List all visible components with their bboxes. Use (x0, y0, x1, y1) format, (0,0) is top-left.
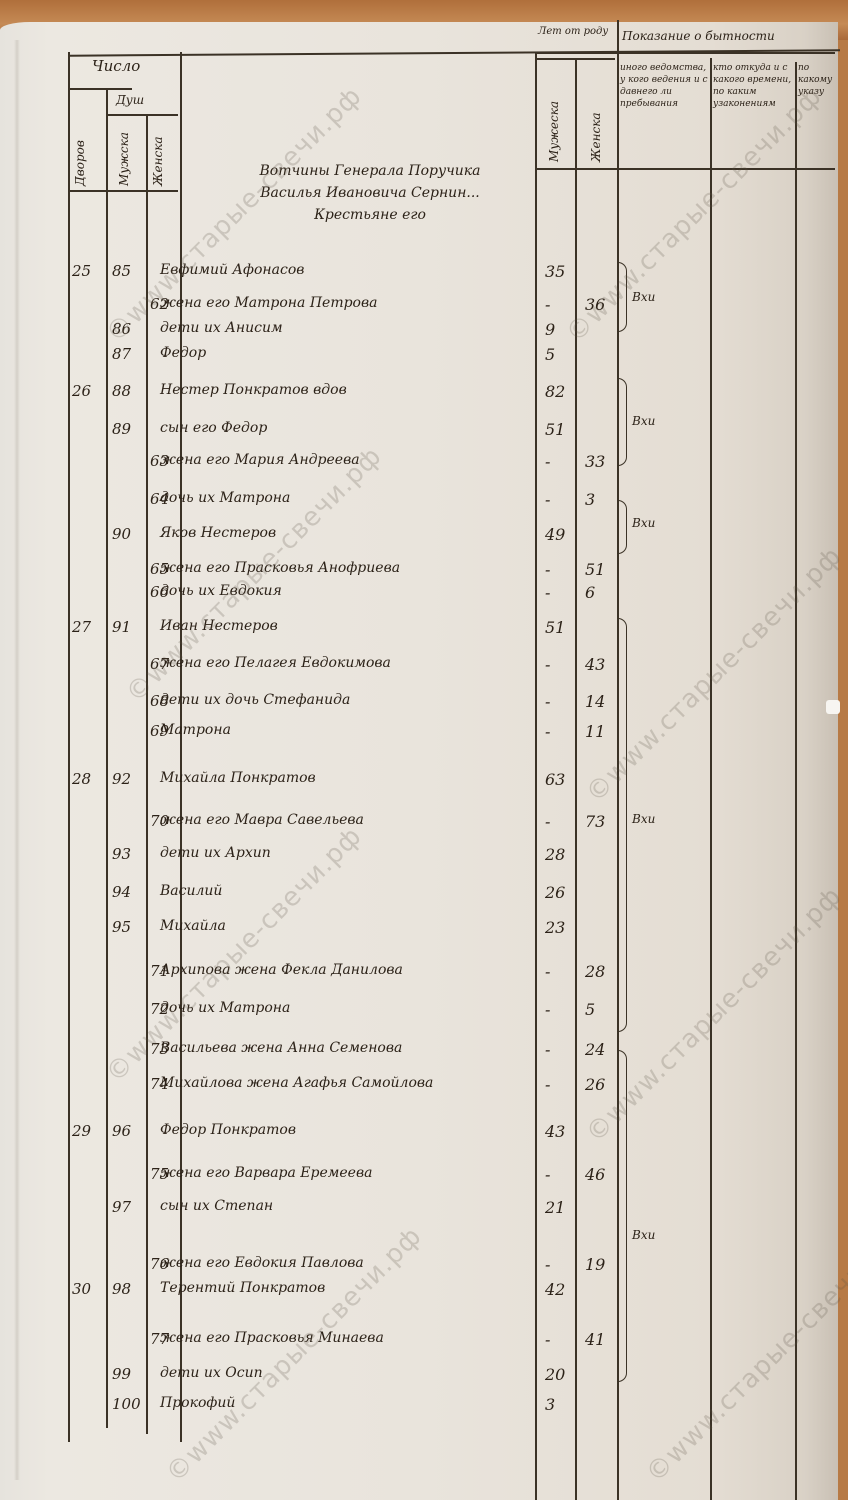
age-male: - (545, 1330, 550, 1349)
brace-note: Вхи (632, 290, 655, 304)
age-male: - (545, 490, 550, 509)
right-header-top (535, 52, 835, 54)
brace-note: Вхи (632, 812, 655, 826)
age-male: 5 (545, 345, 555, 364)
age-male: 51 (545, 618, 565, 637)
male-number: 90 (112, 525, 131, 543)
age-male: 49 (545, 525, 565, 544)
section-title: Вотчины Генерала Поручика Василья Иванов… (190, 160, 550, 226)
header-souls: Душ (116, 94, 144, 107)
yard-number: 26 (72, 382, 91, 400)
document-page (0, 22, 838, 1500)
age-female: 46 (585, 1165, 605, 1184)
col-border-notes3 (795, 62, 797, 1500)
person-name: дети их Архип (160, 845, 271, 861)
age-male: 9 (545, 320, 555, 339)
section-title-line: Вотчины Генерала Поручика (190, 160, 550, 182)
age-male: - (545, 583, 550, 602)
age-male: 26 (545, 883, 565, 902)
page-fold-shadow (14, 40, 20, 1480)
age-male: - (545, 1255, 550, 1274)
age-female: 33 (585, 452, 605, 471)
header-number: Число (92, 60, 140, 73)
person-name: дочь их Евдокия (160, 583, 282, 599)
col-border-male (106, 88, 108, 1428)
header-age-male: Мужеска (548, 66, 561, 162)
male-number: 89 (112, 420, 131, 438)
souls-group-divider (108, 114, 178, 116)
person-name: жена его Мавра Савельева (160, 812, 364, 828)
age-female: 41 (585, 1330, 605, 1349)
age-male: 20 (545, 1365, 565, 1384)
age-male: - (545, 962, 550, 981)
header-female: Женска (152, 118, 165, 186)
section-title-line: Крестьяне его (190, 204, 550, 226)
age-female: 6 (585, 583, 595, 602)
person-name: дети их Анисим (160, 320, 283, 336)
header-age: Лет от роду (538, 26, 618, 37)
age-female: 26 (585, 1075, 605, 1094)
left-header-bottom (68, 190, 178, 192)
age-male: - (545, 812, 550, 831)
person-name: дочь их Матрона (160, 1000, 290, 1016)
male-number: 86 (112, 320, 131, 338)
person-name: Прокофий (160, 1395, 235, 1411)
age-male: 23 (545, 918, 565, 937)
person-name: Михайла (160, 918, 226, 934)
male-number: 91 (112, 618, 131, 636)
person-name: жена его Прасковья Минаева (160, 1330, 384, 1346)
section-title-line: Василья Ивановича Сернин... (190, 182, 550, 204)
age-male: 35 (545, 262, 565, 281)
male-number: 94 (112, 883, 131, 901)
age-male: - (545, 1165, 550, 1184)
right-header-bottom (535, 168, 835, 170)
age-male: - (545, 1040, 550, 1059)
person-name: Михайла Понкратов (160, 770, 316, 786)
person-name: Василий (160, 883, 222, 899)
age-female: 28 (585, 962, 605, 981)
male-number: 99 (112, 1365, 131, 1383)
header-yards: Дворов (74, 96, 87, 186)
age-male: - (545, 452, 550, 471)
yard-number: 29 (72, 1122, 91, 1140)
header-notes-col1: иного ведомства, у кого ведения и с давн… (620, 62, 708, 110)
yard-number: 28 (72, 770, 91, 788)
family-brace (618, 1050, 627, 1382)
yard-number: 25 (72, 262, 91, 280)
person-name: жена его Евдокия Павлова (160, 1255, 364, 1271)
age-female: 5 (585, 1000, 595, 1019)
person-name: Матрона (160, 722, 231, 738)
col-border-age-male (535, 52, 537, 1500)
age-male: - (545, 655, 550, 674)
male-number: 88 (112, 382, 131, 400)
age-male: 43 (545, 1122, 565, 1141)
male-number: 96 (112, 1122, 131, 1140)
male-number: 98 (112, 1280, 131, 1298)
person-name: жена его Прасковья Анофриева (160, 560, 400, 576)
family-brace (618, 500, 627, 554)
number-group-divider (70, 88, 132, 90)
age-male: 82 (545, 382, 565, 401)
age-female: 73 (585, 812, 605, 831)
col-border-female (146, 114, 148, 1434)
age-male: 21 (545, 1198, 565, 1217)
age-male: - (545, 1000, 550, 1019)
yard-number: 30 (72, 1280, 91, 1298)
brace-note: Вхи (632, 1228, 655, 1242)
brace-note: Вхи (632, 516, 655, 530)
age-female: 11 (585, 722, 605, 741)
person-name: Терентий Понкратов (160, 1280, 325, 1296)
col-border-age-female (575, 58, 577, 1500)
age-male: 42 (545, 1280, 565, 1299)
yard-number: 27 (72, 618, 91, 636)
person-name: Михайлова жена Агафья Самойлова (160, 1075, 433, 1091)
male-number: 87 (112, 345, 131, 363)
header-notes-col3: по какому указу (798, 62, 834, 98)
age-female: 43 (585, 655, 605, 674)
age-female: 3 (585, 490, 595, 509)
person-name: дети их дочь Стефанида (160, 692, 350, 708)
family-brace (618, 262, 627, 332)
age-female: 51 (585, 560, 605, 579)
person-name: жена его Пелагея Евдокимова (160, 655, 391, 671)
male-number: 97 (112, 1198, 131, 1216)
person-name: дочь их Матрона (160, 490, 290, 506)
family-brace (618, 618, 627, 1032)
family-brace (618, 378, 627, 466)
person-name: Федор Понкратов (160, 1122, 296, 1138)
col-border-notes2 (710, 58, 712, 1500)
age-male: - (545, 1075, 550, 1094)
person-name: Яков Нестеров (160, 525, 276, 541)
header-notes-col2: кто откуда и с какого времени, по каким … (713, 62, 793, 110)
person-name: Евфимий Афонасов (160, 262, 304, 278)
male-number: 92 (112, 770, 131, 788)
col-border-yards (68, 52, 70, 1442)
person-name: Архипова жена Фекла Данилова (160, 962, 403, 978)
age-female: 36 (585, 295, 605, 314)
age-female: 14 (585, 692, 605, 711)
person-name: Иван Нестеров (160, 618, 278, 634)
age-male: 63 (545, 770, 565, 789)
person-name: сын их Степан (160, 1198, 273, 1214)
person-name: дети их Осип (160, 1365, 263, 1381)
age-male: - (545, 722, 550, 741)
person-name: Нестер Понкратов вдов (160, 382, 347, 398)
age-male: - (545, 692, 550, 711)
header-age-female: Женска (590, 66, 603, 162)
male-number: 95 (112, 918, 131, 936)
paper-tear (826, 700, 840, 714)
male-number: 85 (112, 262, 131, 280)
person-name: Федор (160, 345, 206, 361)
person-name: жена его Матрона Петрова (160, 295, 377, 311)
person-name: жена его Варвара Еремеева (160, 1165, 372, 1181)
age-female: 24 (585, 1040, 605, 1059)
age-male: - (545, 560, 550, 579)
brace-note: Вхи (632, 414, 655, 428)
age-male: 51 (545, 420, 565, 439)
person-name: сын его Федор (160, 420, 267, 436)
header-male: Мужска (118, 118, 131, 186)
male-number: 100 (112, 1395, 141, 1413)
age-male: 28 (545, 845, 565, 864)
col-border-names (180, 52, 182, 1442)
header-notes: Показание о бытности (622, 30, 842, 43)
age-male: - (545, 295, 550, 314)
age-female: 19 (585, 1255, 605, 1274)
person-name: жена его Мария Андреева (160, 452, 360, 468)
person-name: Васильева жена Анна Семенова (160, 1040, 402, 1056)
age-male: 3 (545, 1395, 555, 1414)
male-number: 93 (112, 845, 131, 863)
